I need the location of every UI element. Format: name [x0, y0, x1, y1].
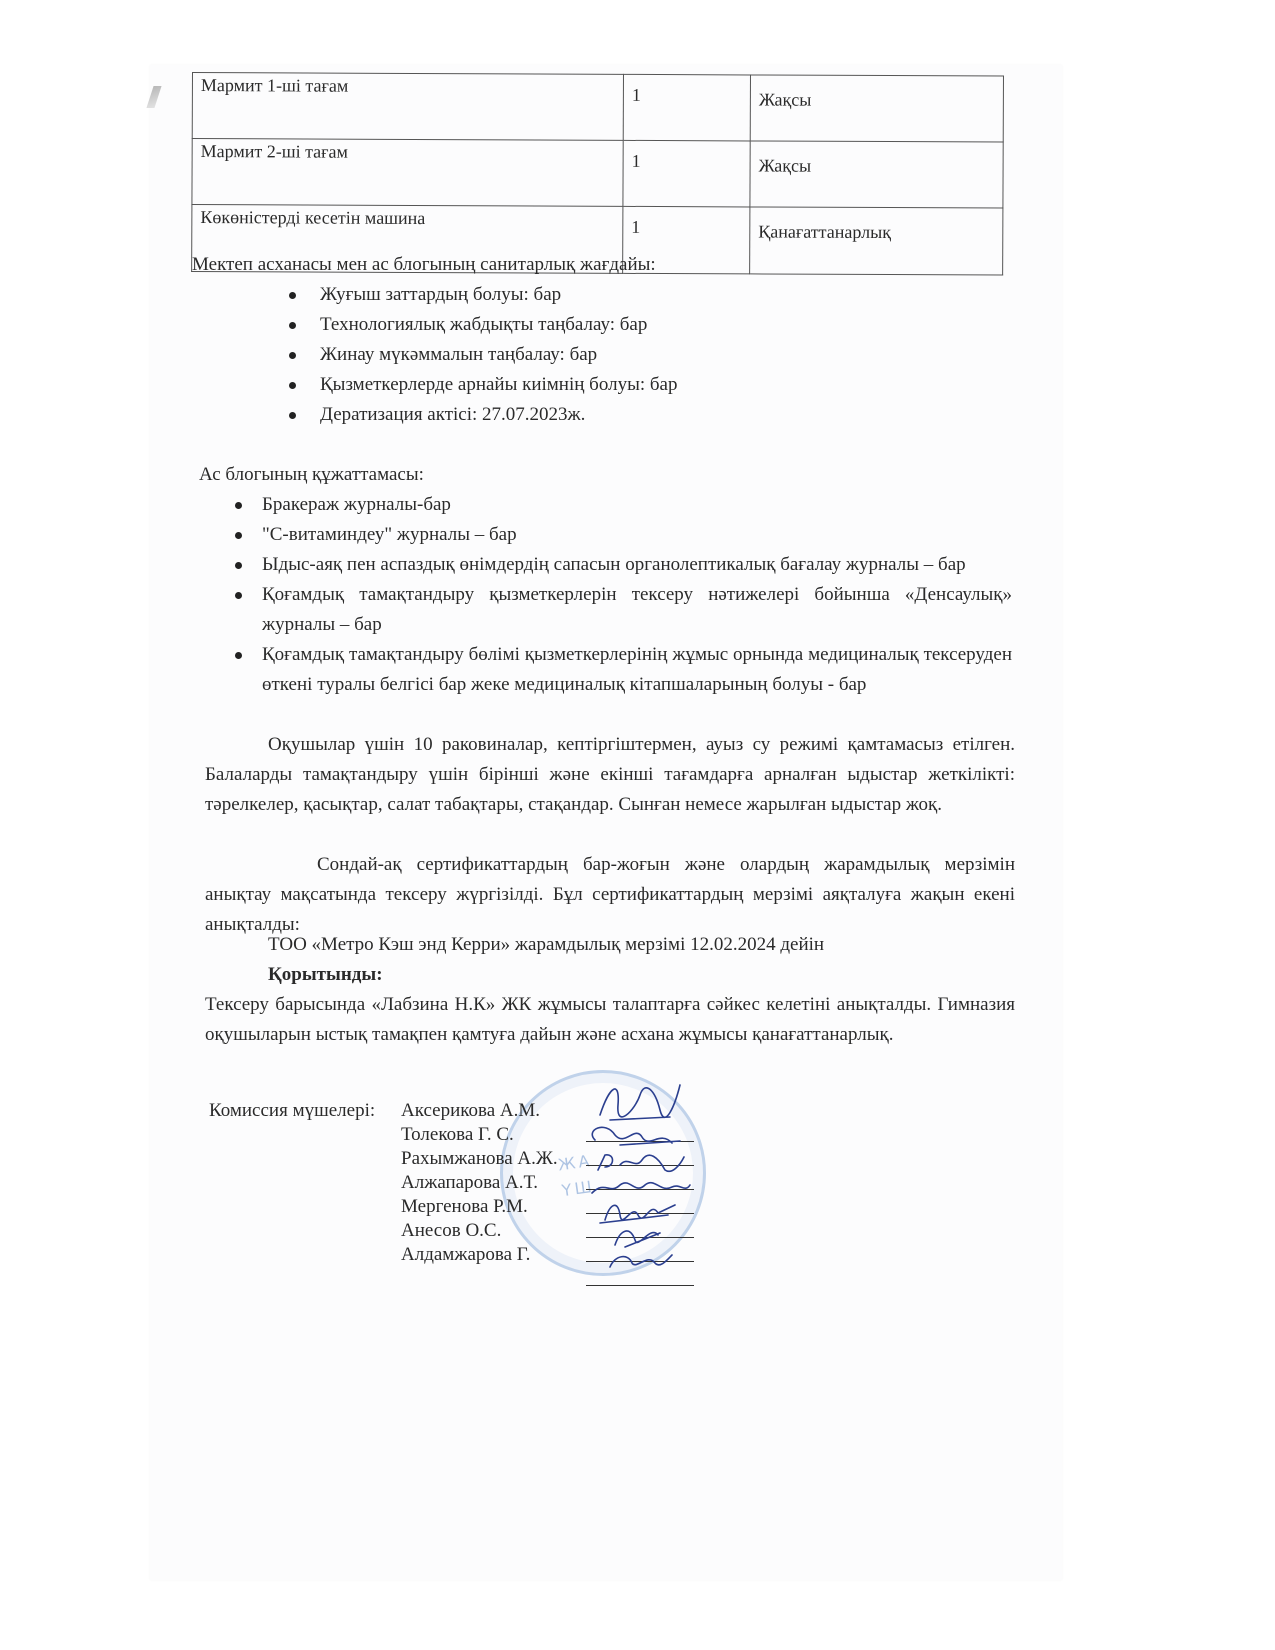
sinks-paragraph: Оқушылар үшін 10 раковиналар, кептіргішт…: [205, 730, 1015, 820]
bullet-icon: [235, 562, 242, 569]
list-item: Жуғыш заттардың болуы: бар: [320, 280, 677, 310]
conclusion-heading: Қорытынды:: [268, 960, 383, 990]
supplier-line: ТОО «Метро Кэш энд Керри» жарамдылық мер…: [268, 930, 824, 960]
documentation-list: Бракераж журналы-бар "С-витаминдеу" журн…: [262, 490, 1012, 700]
list-item-text: "С-витаминдеу" журналы – бар: [262, 524, 517, 545]
sanitary-heading: Мектеп асханасы мен ас блогының санитарл…: [192, 250, 656, 280]
bullet-icon: [289, 292, 296, 299]
signature-line: [586, 1166, 694, 1190]
member-name: Мергенова Р.М.: [401, 1195, 558, 1219]
list-item: Қоғамдық тамақтандыру қызметкерлерін тек…: [262, 580, 1012, 640]
bullet-icon: [235, 502, 242, 509]
list-item: Бракераж журналы-бар: [262, 490, 1012, 520]
list-item-text: Ыдыс-аяқ пен аспаздық өнімдердің сапасын…: [262, 554, 966, 575]
list-item: Ыдыс-аяқ пен аспаздық өнімдердің сапасын…: [262, 550, 1012, 580]
signature-line: [586, 1190, 694, 1214]
equipment-qty: 1: [623, 74, 750, 141]
list-item: Технологиялық жабдықты таңбалау: бар: [320, 310, 677, 340]
signature-line: [586, 1214, 694, 1238]
bullet-icon: [289, 382, 296, 389]
equipment-qty: 1: [623, 140, 750, 207]
list-item-text: Дератизация актісі: 27.07.2023ж.: [320, 404, 585, 425]
list-item-text: Қоғамдық тамақтандыру қызметкерлерін тек…: [262, 584, 1012, 635]
list-item: Қызметкерлерде арнайы киімнің болуы: бар: [320, 370, 677, 400]
list-item: Қоғамдық тамақтандыру бөлімі қызметкерле…: [262, 640, 1012, 700]
list-item-text: Қызметкерлерде арнайы киімнің болуы: бар: [320, 374, 677, 395]
signature-lines: [586, 1118, 694, 1286]
member-name: Аксерикова А.М.: [401, 1099, 558, 1123]
equipment-state: Қанағаттанарлық: [750, 207, 1003, 275]
list-item-text: Бракераж журналы-бар: [262, 494, 451, 515]
list-item-text: Жинау мүкәммалын таңбалау: бар: [320, 344, 597, 365]
equipment-state: Жақсы: [750, 75, 1003, 142]
list-item: "С-витаминдеу" журналы – бар: [262, 520, 1012, 550]
documentation-heading: Ас блогының құжаттамасы:: [199, 460, 424, 490]
member-name: Толекова Г. С.: [401, 1123, 558, 1147]
commission-members: Аксерикова А.М. Толекова Г. С. Рахымжано…: [401, 1099, 558, 1267]
bullet-icon: [235, 532, 242, 539]
signature-line: [586, 1262, 694, 1286]
list-item: Дератизация актісі: 27.07.2023ж.: [320, 400, 677, 430]
equipment-name: Мармит 1-ші тағам: [192, 73, 623, 141]
equipment-state: Жақсы: [750, 141, 1003, 208]
member-name: Алжапарова А.Т.: [401, 1171, 558, 1195]
member-name: Рахымжанова А.Ж.: [401, 1147, 558, 1171]
list-item-text: Жуғыш заттардың болуы: бар: [320, 284, 561, 305]
certificates-paragraph: Сондай-ақ сертификаттардың бар-жоғын жән…: [205, 850, 1015, 940]
table-row: Мармит 1-ші тағам 1 Жақсы: [192, 73, 1003, 143]
member-name: Анесов О.С.: [401, 1219, 558, 1243]
signature-line: [586, 1142, 694, 1166]
bullet-icon: [235, 592, 242, 599]
commission-label: Комиссия мүшелері:: [209, 1099, 375, 1123]
table-row: Мармит 2-ші тағам 1 Жақсы: [192, 139, 1003, 209]
list-item: Жинау мүкәммалын таңбалау: бар: [320, 340, 677, 370]
bullet-icon: [289, 322, 296, 329]
bullet-icon: [289, 352, 296, 359]
sanitary-list: Жуғыш заттардың болуы: бар Технологиялық…: [320, 280, 677, 430]
signature-line: [586, 1238, 694, 1262]
list-item-text: Қоғамдық тамақтандыру бөлімі қызметкерле…: [262, 644, 1012, 695]
equipment-table: Мармит 1-ші тағам 1 Жақсы Мармит 2-ші та…: [191, 72, 1004, 276]
equipment-name: Мармит 2-ші тағам: [192, 139, 623, 207]
bullet-icon: [289, 412, 296, 419]
bullet-icon: [235, 652, 242, 659]
member-name: Алдамжарова Г.: [401, 1243, 558, 1267]
list-item-text: Технологиялық жабдықты таңбалау: бар: [320, 314, 647, 335]
conclusion-text: Тексеру барысында «Лабзина Н.К» ЖК жұмыс…: [205, 990, 1015, 1050]
signature-line: [586, 1118, 694, 1142]
